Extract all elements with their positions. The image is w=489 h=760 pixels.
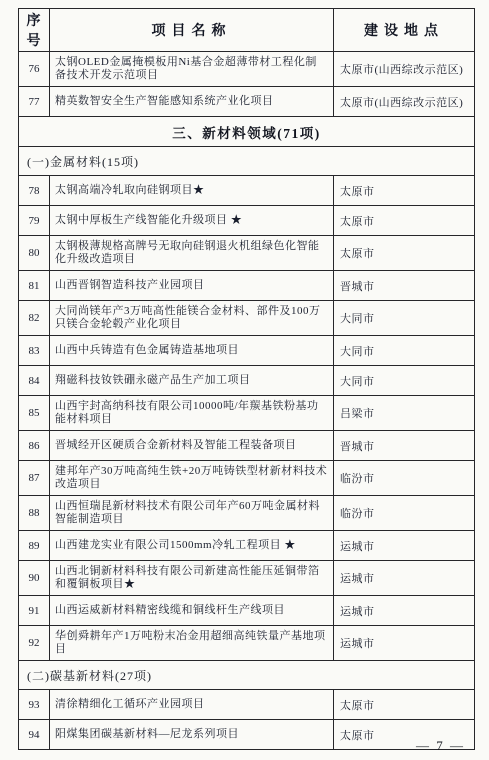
project-name: 清徐精细化工循环产业园项目 [50,690,334,720]
project-location: 太原市(山西综改示范区) [334,52,475,87]
table-row: 92华创舜耕年产1万吨粉末冶金用超细高纯铁量产基地项目运城市 [19,626,475,661]
project-name: 阳煤集团碳基新材料—尼龙系列项目 [50,720,334,750]
project-location: 吕梁市 [334,396,475,431]
project-location: 临汾市 [334,461,475,496]
table-row: 84翔磁科技钕铁硼永磁产品生产加工项目大同市 [19,366,475,396]
subsection-row: (二)碳基新材料(27项) [19,661,475,690]
table-row: 93清徐精细化工循环产业园项目太原市 [19,690,475,720]
row-index: 79 [19,206,50,236]
project-location: 太原市 [334,690,475,720]
project-location: 大同市 [334,366,475,396]
table-row: 78太钢高端冷轧取向硅钢项目★太原市 [19,176,475,206]
subsection-title: (二)碳基新材料(27项) [19,661,475,690]
table-row: 91山西运威新材料精密线缆和铜线杆生产线项目运城市 [19,596,475,626]
project-name: 建邦年产30万吨高纯生铁+20万吨铸铁型材新材料技术改造项目 [50,461,334,496]
table-row: 94阳煤集团碳基新材料—尼龙系列项目太原市 [19,720,475,750]
row-index: 94 [19,720,50,750]
project-location: 太原市 [334,236,475,271]
row-index: 80 [19,236,50,271]
table-row: 76太钢OLED金属掩模板用Ni基合金超薄带材工程化制备技术开发示范项目太原市(… [19,52,475,87]
header-index: 序号 [19,9,50,52]
row-index: 78 [19,176,50,206]
table-row: 81山西晋钢智造科技产业园项目晋城市 [19,271,475,301]
table-row: 87建邦年产30万吨高纯生铁+20万吨铸铁型材新材料技术改造项目临汾市 [19,461,475,496]
table-row: 77精英数智安全生产智能感知系统产业化项目太原市(山西综改示范区) [19,87,475,117]
project-name: 山西建龙实业有限公司1500mm冷轧工程项目 ★ [50,531,334,561]
document-page: 序号 项目名称 建设地点 76太钢OLED金属掩模板用Ni基合金超薄带材工程化制… [0,0,489,760]
table-row: 82大同尚镁年产3万吨高性能镁合金材料、部件及100万只镁合金轮毂产业化项目大同… [19,301,475,336]
header-project-name: 项目名称 [50,9,334,52]
header-location: 建设地点 [334,9,475,52]
project-location: 临汾市 [334,496,475,531]
row-index: 77 [19,87,50,117]
project-location: 太原市 [334,206,475,236]
project-location: 晋城市 [334,271,475,301]
row-index: 76 [19,52,50,87]
subsection-title: (一)金属材料(15项) [19,147,475,176]
row-index: 92 [19,626,50,661]
project-location: 运城市 [334,596,475,626]
row-index: 84 [19,366,50,396]
row-index: 81 [19,271,50,301]
project-name: 太钢高端冷轧取向硅钢项目★ [50,176,334,206]
project-name: 华创舜耕年产1万吨粉末冶金用超细高纯铁量产基地项目 [50,626,334,661]
project-name: 太钢中厚板生产线智能化升级项目 ★ [50,206,334,236]
section-row: 三、新材料领域(71项) [19,117,475,147]
project-name: 太钢OLED金属掩模板用Ni基合金超薄带材工程化制备技术开发示范项目 [50,52,334,87]
table-row: 83山西中兵铸造有色金属铸造基地项目大同市 [19,336,475,366]
project-name: 山西北铜新材料科技有限公司新建高性能压延铜带箔和覆铜板项目★ [50,561,334,596]
project-name: 晋城经开区硬质合金新材料及智能工程装备项目 [50,431,334,461]
project-location: 太原市 [334,176,475,206]
project-location: 运城市 [334,531,475,561]
table-header-row: 序号 项目名称 建设地点 [19,9,475,52]
row-index: 82 [19,301,50,336]
project-name: 太钢极薄规格高牌号无取向硅钢退火机组绿色化智能化升级改造项目 [50,236,334,271]
row-index: 93 [19,690,50,720]
project-location: 大同市 [334,301,475,336]
row-index: 87 [19,461,50,496]
project-location: 晋城市 [334,431,475,461]
project-name: 精英数智安全生产智能感知系统产业化项目 [50,87,334,117]
project-location: 大同市 [334,336,475,366]
table-row: 90山西北铜新材料科技有限公司新建高性能压延铜带箔和覆铜板项目★运城市 [19,561,475,596]
table-row: 79太钢中厚板生产线智能化升级项目 ★太原市 [19,206,475,236]
project-location: 运城市 [334,561,475,596]
project-name: 山西宇封高纳科技有限公司10000吨/年羰基铁粉基功能材料项目 [50,396,334,431]
table-row: 88山西恒瑞昆新材料技术有限公司年产60万吨金属材料智能制造项目临汾市 [19,496,475,531]
row-index: 85 [19,396,50,431]
project-name: 山西晋钢智造科技产业园项目 [50,271,334,301]
project-location: 运城市 [334,626,475,661]
row-index: 91 [19,596,50,626]
project-location: 太原市(山西综改示范区) [334,87,475,117]
table-row: 86晋城经开区硬质合金新材料及智能工程装备项目晋城市 [19,431,475,461]
section-title: 三、新材料领域(71项) [19,117,475,147]
table-row: 80太钢极薄规格高牌号无取向硅钢退火机组绿色化智能化升级改造项目太原市 [19,236,475,271]
table-body: 76太钢OLED金属掩模板用Ni基合金超薄带材工程化制备技术开发示范项目太原市(… [19,52,475,750]
row-index: 89 [19,531,50,561]
row-index: 86 [19,431,50,461]
project-name: 山西恒瑞昆新材料技术有限公司年产60万吨金属材料智能制造项目 [50,496,334,531]
project-name: 山西运威新材料精密线缆和铜线杆生产线项目 [50,596,334,626]
row-index: 83 [19,336,50,366]
page-number: — 7 — [416,738,465,754]
project-name: 翔磁科技钕铁硼永磁产品生产加工项目 [50,366,334,396]
project-table: 序号 项目名称 建设地点 76太钢OLED金属掩模板用Ni基合金超薄带材工程化制… [18,8,475,750]
row-index: 90 [19,561,50,596]
table-row: 89山西建龙实业有限公司1500mm冷轧工程项目 ★运城市 [19,531,475,561]
project-name: 大同尚镁年产3万吨高性能镁合金材料、部件及100万只镁合金轮毂产业化项目 [50,301,334,336]
row-index: 88 [19,496,50,531]
table-row: 85山西宇封高纳科技有限公司10000吨/年羰基铁粉基功能材料项目吕梁市 [19,396,475,431]
subsection-row: (一)金属材料(15项) [19,147,475,176]
project-name: 山西中兵铸造有色金属铸造基地项目 [50,336,334,366]
